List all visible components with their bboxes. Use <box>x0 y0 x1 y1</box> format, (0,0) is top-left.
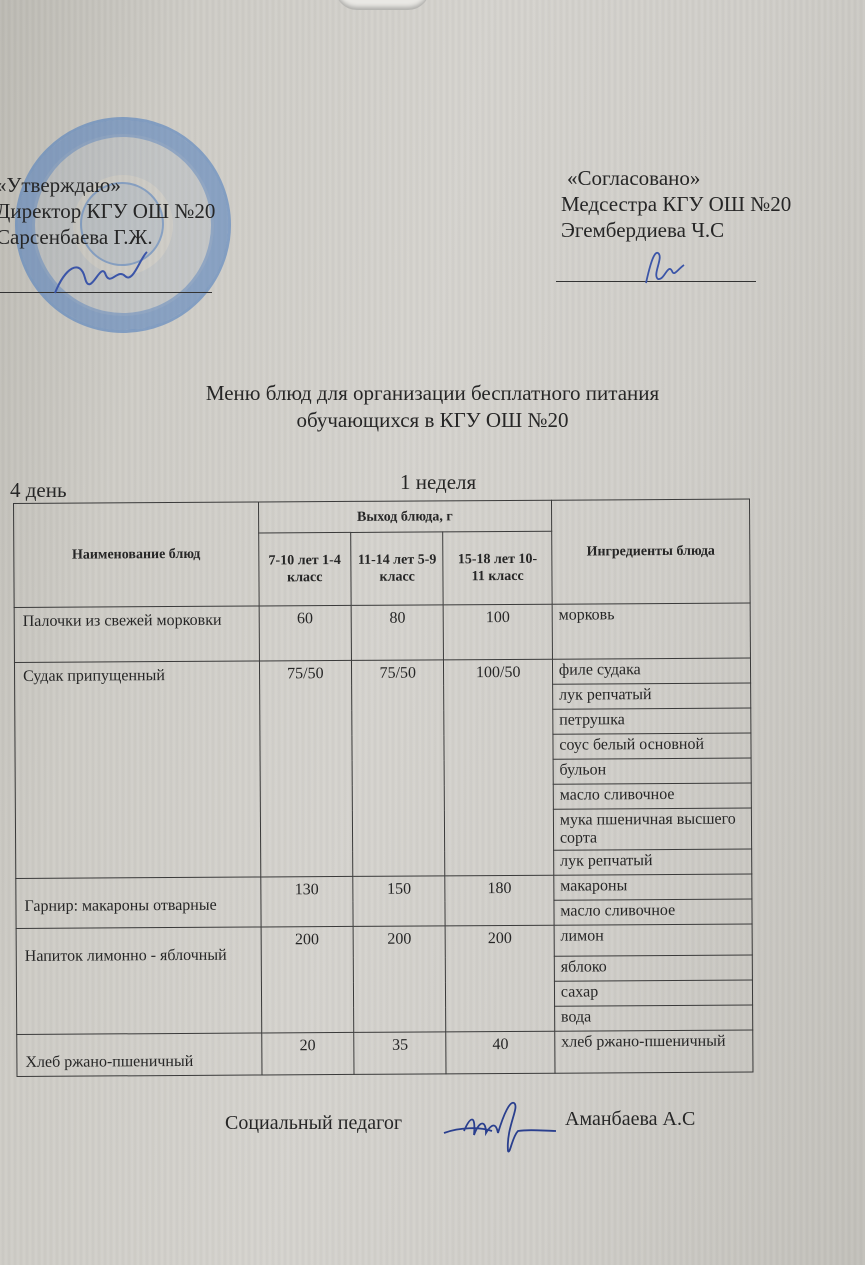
title-line-2: обучающихся в КГУ ОШ №20 <box>0 407 865 434</box>
yield-value-1: 130 <box>260 876 353 927</box>
yield-value-1: 75/50 <box>259 660 353 877</box>
dish-name: Гарнир: макароны отварные <box>16 877 261 928</box>
yield-value-1: 60 <box>259 605 352 661</box>
yield-value-3: 100/50 <box>444 659 554 876</box>
approval-name: Сарсенбаева Г.Ж. <box>0 224 215 250</box>
yield-value-2: 75/50 <box>351 660 445 877</box>
table-header-row: Наименование блюд Выход блюда, г Ингреди… <box>14 499 750 534</box>
table-row: Хлеб ржано-пшеничный203540хлеб ржано-пше… <box>17 1030 753 1076</box>
yield-value-2: 35 <box>354 1032 447 1075</box>
ingredient: масло сливочное <box>554 899 752 925</box>
header-yield: Выход блюда, г <box>258 500 551 533</box>
agreement-heading: «Согласовано» <box>561 165 791 191</box>
title-line-1: Меню блюд для организации бесплатного пи… <box>0 380 865 407</box>
agreement-block: «Согласовано» Медсестра КГУ ОШ №20 Эгемб… <box>561 165 791 243</box>
document-title: Меню блюд для организации бесплатного пи… <box>0 380 865 434</box>
agreement-name: Эгембердиева Ч.С <box>561 217 791 243</box>
header-ingredients: Ингредиенты блюда <box>551 499 750 604</box>
yield-value-2: 150 <box>353 876 446 927</box>
yield-value-2: 200 <box>353 926 446 1033</box>
table-row: Палочки из свежей морковки6080100морковь <box>14 603 750 662</box>
yield-value-3: 100 <box>444 604 553 660</box>
ingredient: мука пшеничная высшего сорта <box>553 808 751 850</box>
yield-value-2: 80 <box>351 605 444 661</box>
ingredient: вода <box>554 1005 752 1031</box>
dish-name: Хлеб ржано-пшеничный <box>17 1033 262 1076</box>
yield-value-1: 20 <box>261 1032 354 1075</box>
header-dish: Наименование блюд <box>14 502 259 607</box>
ingredient: лук репчатый <box>552 683 750 709</box>
approval-position: Директор КГУ ОШ №20 <box>0 198 215 224</box>
social-pedagogue-signature-icon <box>440 1097 560 1157</box>
approval-block: «Утверждаю» Директор КГУ ОШ №20 Сарсенба… <box>0 172 215 250</box>
ingredient: макароны <box>554 874 752 900</box>
yield-value-3: 180 <box>445 875 554 926</box>
header-age-15-18: 15-18 лет 10-11 класс <box>443 531 552 605</box>
ingredient: хлеб ржано-пшеничный <box>555 1030 753 1073</box>
day-label: 4 день <box>10 478 67 503</box>
ingredient: лимон <box>554 924 752 956</box>
dish-name-text: Напиток лимонно - яблочный <box>25 932 253 966</box>
ingredient: масло сливочное <box>553 783 751 809</box>
ingredient: сахар <box>554 980 752 1006</box>
ingredient: морковь <box>552 603 750 659</box>
table-row: Напиток лимонно - яблочный200200200лимон <box>16 924 752 959</box>
approval-heading: «Утверждаю» <box>0 172 215 198</box>
punch-hole <box>335 0 430 10</box>
menu-table: Наименование блюд Выход блюда, г Ингреди… <box>13 498 753 1076</box>
dish-name-text: Палочки из свежей морковки <box>23 611 251 631</box>
dish-name: Напиток лимонно - яблочный <box>16 927 261 1034</box>
header-age-11-14: 11-14 лет 5-9 класс <box>351 532 444 606</box>
yield-value-1: 200 <box>261 926 354 1033</box>
ingredient: соус белый основной <box>553 733 751 759</box>
ingredient: бульон <box>553 758 751 784</box>
dish-name-text: Гарнир: макароны отварные <box>24 882 252 916</box>
footer-name: Аманбаева А.С <box>565 1108 695 1131</box>
ingredient: петрушка <box>553 708 751 734</box>
week-label: 1 неделя <box>400 470 476 495</box>
footer-role: Социальный педагог <box>225 1112 402 1135</box>
ingredient: яблоко <box>554 955 752 981</box>
ingredient: лук репчатый <box>554 849 752 875</box>
yield-value-3: 200 <box>446 925 555 1032</box>
dish-name-text: Судак припущенный <box>23 666 251 686</box>
dish-name-text: Хлеб ржано-пшеничный <box>25 1038 253 1072</box>
nurse-signature-icon <box>638 245 688 290</box>
agreement-position: Медсестра КГУ ОШ №20 <box>561 191 791 217</box>
dish-name: Судак припущенный <box>14 661 260 878</box>
header-age-7-10: 7-10 лет 1-4 класс <box>258 532 351 606</box>
ingredient: филе судака <box>552 658 750 684</box>
director-signature-icon <box>45 248 155 308</box>
dish-name: Палочки из свежей морковки <box>14 606 259 662</box>
yield-value-3: 40 <box>446 1031 555 1074</box>
